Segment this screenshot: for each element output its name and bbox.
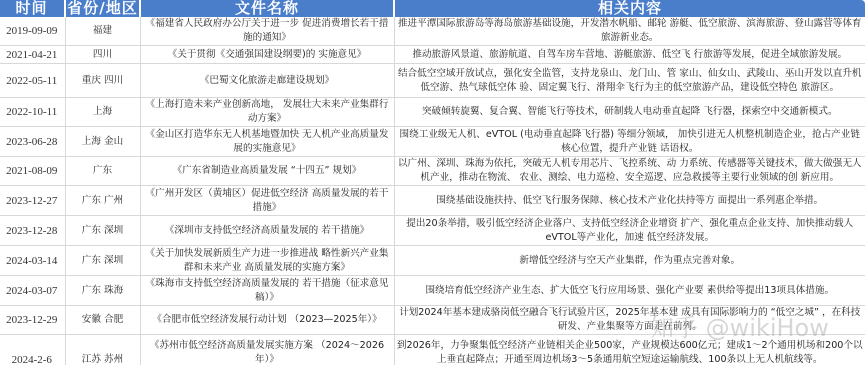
cell-document-name: 《广东省制造业高质量发展 “十四五” 规划》 [140,157,394,186]
cell-date: 2023-12-27 [0,186,65,216]
cell-date: 2024-2-6 [0,335,65,365]
cell-document-name: 《巴蜀文化旅游走廊建设规划》 [140,64,394,98]
cell-document-name: 《珠海市支持低空经济高质量发展的 若干措施（征求意见稿）》 [140,276,394,306]
cell-region: 广东 珠海 [65,276,140,306]
cell-date: 2021-04-21 [0,46,65,64]
cell-document-name: 《苏州市低空经济高质量发展实施方案 （2024～2026年）》 [140,335,394,365]
table-row: 2024-03-07 广东 珠海 《珠海市支持低空经济高质量发展的 若干措施（征… [0,276,865,306]
cell-content: 提出20条举措，吸引低空经济企业落户、支持低空经济企业增资 扩产、强化重点企业支… [394,216,865,246]
cell-date: 2022-10-11 [0,98,65,127]
table-row: 2023-12-27 广东 广州 《广州开发区（黄埔区）促进低空经济 高质量发展… [0,186,865,216]
cell-region: 广东 广州 [65,186,140,216]
cell-region: 江苏 苏州 [65,335,140,365]
cell-date: 2024-03-07 [0,276,65,306]
cell-content: 推进平潭国际旅游岛等海岛旅游基础设施，开发潜水帆船、邮轮 游艇、低空旅游、滨海旅… [394,17,865,46]
table-row: 2021-08-09 广东 《广东省制造业高质量发展 “十四五” 规划》 以广州… [0,157,865,186]
cell-region: 广东 深圳 [65,246,140,276]
cell-date: 2021-08-09 [0,157,65,186]
cell-content: 推动旅游风景道、旅游航道、自驾车房车营地、游艇旅游、低空飞 行旅游等发展，促进全… [394,46,865,64]
table-row: 2023-06-28 上海 金山 《金山区打造华东无人机基地暨加快 无人机产业高… [0,127,865,157]
cell-content: 以广州、深圳、珠海为依托，突破无人机专用芯片、飞控系统、动 力系统、传感器等关键… [394,157,865,186]
cell-region: 安徽 合肥 [65,306,140,335]
header-content: 相关内容 [394,0,865,17]
table-row: 2023-12-28 广东 深圳 《深圳市支持低空经济高质量发展的 若干措施》 … [0,216,865,246]
cell-content: 围绕工业级无人机、eVTOL (电动垂直起降飞行器) 等细分领域， 加快引进无人… [394,127,865,157]
cell-region: 广东 深圳 [65,216,140,246]
table-row: 2022-05-11 重庆 四川 《巴蜀文化旅游走廊建设规划》 结合低空空域开放… [0,64,865,98]
table-row: 2024-03-14 广东 深圳 《关于加快发展新质生产力进一步推进战 略性新兴… [0,246,865,276]
table-row: 2022-10-11 上海 《上海打造未来产业创新高地， 发展壮大未来产业集群行… [0,98,865,127]
cell-region: 四川 [65,46,140,64]
cell-document-name: 《金山区打造华东无人机基地暨加快 无人机产业高质量发展的实施意见》 [140,127,394,157]
cell-document-name: 《深圳市支持低空经济高质量发展的 若干措施》 [140,216,394,246]
header-date: 时间 [0,0,65,17]
cell-content: 新增低空经济与空天产业集群，作为重点完善对象。 [394,246,865,276]
cell-date: 2022-05-11 [0,64,65,98]
header-row: 时间 省份/地区 文件名称 相关内容 [0,0,865,17]
policy-table: 时间 省份/地区 文件名称 相关内容 2019-09-09 福建 《福建省人民政… [0,0,865,365]
table-row: 2019-09-09 福建 《福建省人民政府办公厅关于进一步 促进消费增长若干措… [0,17,865,46]
cell-content: 围绕培育低空经济产业生态、扩大低空飞行应用场景、强化产业要 素供给等提出13项具… [394,276,865,306]
cell-content: 结合低空空域开放试点，强化安全监管，支持龙泉山、龙门山、管 家山、仙女山、武陵山… [394,64,865,98]
cell-content: 突破倾转旋翼、复合翼、智能飞行等技术，研制载人电动垂直起降 飞行器，探索空中交通… [394,98,865,127]
table-row: 2021-04-21 四川 《关于贯彻《交通强国建设纲要)的 实施意见》 推动旅… [0,46,865,64]
cell-region: 福建 [65,17,140,46]
cell-content: 计划2024年基本建成骆岗低空融合飞行试验片区，2025年基本建 成具有国际影响… [394,306,865,335]
cell-document-name: 《上海打造未来产业创新高地， 发展壮大未来产业集群行动方案》 [140,98,394,127]
cell-region: 上海 金山 [65,127,140,157]
cell-document-name: 《关于贯彻《交通强国建设纲要)的 实施意见》 [140,46,394,64]
header-region: 省份/地区 [65,0,140,17]
cell-content: 围绕基础设施扶持、低空飞行服务保障、核心技术产业化扶持等方 面提出一系列惠企举措… [394,186,865,216]
cell-content: 到2026年，力争聚集低空经济产业链相关企业500家，产业规模达600亿元；建成… [394,335,865,365]
header-document-name: 文件名称 [140,0,394,17]
cell-date: 2024-03-14 [0,246,65,276]
cell-region: 重庆 四川 [65,64,140,98]
cell-region: 广东 [65,157,140,186]
cell-document-name: 《关于加快发展新质生产力进一步推进战 略性新兴产业集群和未来产业 高质量发展的实… [140,246,394,276]
cell-date: 2019-09-09 [0,17,65,46]
cell-region: 上海 [65,98,140,127]
cell-document-name: 《合肥市低空经济发展行动计划 （2023—2025年）》 [140,306,394,335]
table-row: 2023-12-29 安徽 合肥 《合肥市低空经济发展行动计划 （2023—20… [0,306,865,335]
cell-date: 2023-12-28 [0,216,65,246]
table-row: 2024-2-6 江苏 苏州 《苏州市低空经济高质量发展实施方案 （2024～2… [0,335,865,365]
cell-document-name: 《广州开发区（黄埔区）促进低空经济 高质量发展的若干措施》 [140,186,394,216]
cell-document-name: 《福建省人民政府办公厅关于进一步 促进消费增长若干措施的通知》 [140,17,394,46]
cell-date: 2023-06-28 [0,127,65,157]
cell-date: 2023-12-29 [0,306,65,335]
